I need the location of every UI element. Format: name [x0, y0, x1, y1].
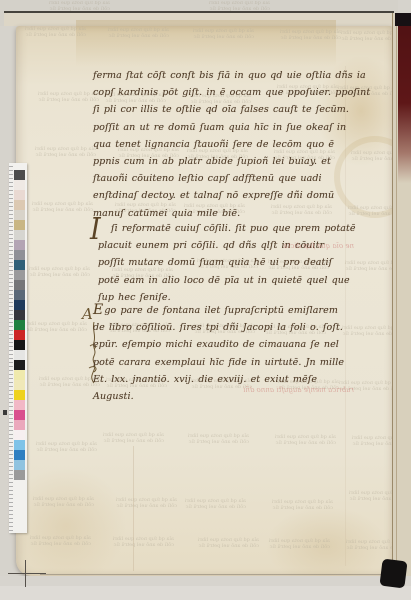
text-line: epūr. eſempio michi exaudito de cimauana…: [93, 339, 361, 356]
color-patch: [14, 290, 25, 300]
background-surface-bottom: [0, 576, 411, 600]
manuscript-page: aīa qd ſup nota que libri cōſi de anō ue…: [16, 26, 392, 576]
page-edge-line: [4, 11, 394, 13]
microtext-label-strip: [9, 165, 13, 531]
color-patch: [14, 340, 25, 350]
paragraph-1: ferma ſtat cōſt conſt bis fiā in quo qd …: [93, 70, 361, 225]
background-surface-light: [0, 586, 411, 600]
color-calibration-strip: [9, 163, 27, 533]
color-patch: [14, 190, 25, 200]
color-patch: [14, 390, 25, 400]
text-line: potē eam in alio loco dē pīa ut in quiet…: [98, 275, 361, 292]
color-patch: [14, 300, 25, 310]
color-patch: [14, 210, 25, 220]
initial-letter-A: A: [82, 307, 93, 322]
color-patch: [14, 370, 25, 380]
text-line: Et. lxx. jnantiō. xvij. die exviij. et e…: [93, 374, 361, 391]
text-line: ferma ſtat cōſt conſt bis fiā in quo qd …: [93, 70, 361, 87]
text-line: qua tenet lignancia ſtauoñi ſere de lecō…: [93, 139, 361, 156]
book-fore-edge: [392, 13, 411, 600]
paragraph-3: Ego pare de fontana ilet ſupraſcriptū em…: [93, 305, 361, 408]
color-patch: [14, 430, 25, 440]
background-surface-top: aīa qd ſup nota que libri cōſi de anō ue…: [0, 0, 398, 26]
text-line: ſi pli cor illis te oſtlie qd oīa falses…: [93, 104, 361, 121]
text-block: ferma ſtat cōſt conſt bis fiā in quo qd …: [16, 26, 392, 576]
text-line: ſi reformatē cuiuſ cōſili. ſit puo que p…: [98, 223, 361, 240]
text-line-rest: go pare de fontana ilet ſupraſcriptū emi…: [104, 305, 338, 316]
color-patch: [14, 350, 25, 360]
color-patch: [14, 420, 25, 430]
color-patch: [14, 450, 25, 460]
color-patch: [14, 230, 25, 240]
color-patch: [14, 280, 25, 290]
color-patch: [14, 240, 25, 250]
initial-letter-E: E: [93, 305, 103, 315]
color-patch: [14, 460, 25, 470]
strip-marker-dot: [3, 410, 7, 415]
photo-corner: [395, 13, 411, 26]
color-patch: [14, 360, 25, 370]
text-line: copſ kardinis pōt giſt. in ē occam que p…: [93, 87, 361, 104]
text-line: placuit eunem pri cōſili. qd dñs qlſt in…: [98, 240, 361, 257]
text-line: enſtdinaſ dectoy. et talnaſ nō expreſſe …: [93, 190, 361, 207]
color-patch: [14, 180, 25, 190]
color-patch: [14, 320, 25, 330]
text-line: ppnis cum in ab platr abide ſupioñ lei b…: [93, 156, 361, 173]
color-patch: [14, 380, 25, 390]
binding-spine: [398, 13, 411, 183]
paragraph-2: ſi reformatē cuiuſ cōſili. ſit puo que p…: [93, 223, 361, 309]
color-patch: [14, 260, 25, 270]
text-line: de libro cōſilioū. ſires tpi dñi Jacopi …: [93, 322, 361, 339]
text-line: Ego pare de fontana ilet ſupraſcriptū em…: [93, 305, 361, 322]
text-line: poſſit mutare domū ſuam quia hē ui pro d…: [98, 257, 361, 274]
color-patch: [14, 410, 25, 420]
color-patch: [14, 270, 25, 280]
alignment-line: [40, 574, 385, 575]
page-edge-line: [396, 13, 397, 600]
text-line: potē carara exemplaui hīc fide in uirtut…: [93, 357, 361, 374]
color-patch: [14, 170, 25, 180]
color-patch: [14, 310, 25, 320]
cross-vertical: [25, 560, 26, 587]
page-edge-line: [392, 13, 393, 600]
color-patch: [14, 250, 25, 260]
text-line: poſſit an ut re domū ſuam quia hīc in ſu…: [93, 122, 361, 139]
color-patch: [14, 330, 25, 340]
photo-frame: aīa qd ſup nota que libri cōſi de anō ue…: [0, 0, 411, 600]
page-clip: [379, 559, 407, 589]
underlying-leaf-edge: [4, 13, 396, 26]
color-patch: [14, 220, 25, 230]
cross-horizontal: [8, 573, 46, 574]
color-patch: [14, 440, 25, 450]
text-line: ſtauoñi cōuiteno leſtio capſ adfftenū qu…: [93, 173, 361, 190]
registration-cross: [8, 560, 46, 587]
color-patch: [14, 200, 25, 210]
color-patch: [14, 470, 25, 480]
color-patches: [14, 170, 25, 480]
color-patch: [14, 400, 25, 410]
text-line: Augusti.: [93, 391, 361, 408]
